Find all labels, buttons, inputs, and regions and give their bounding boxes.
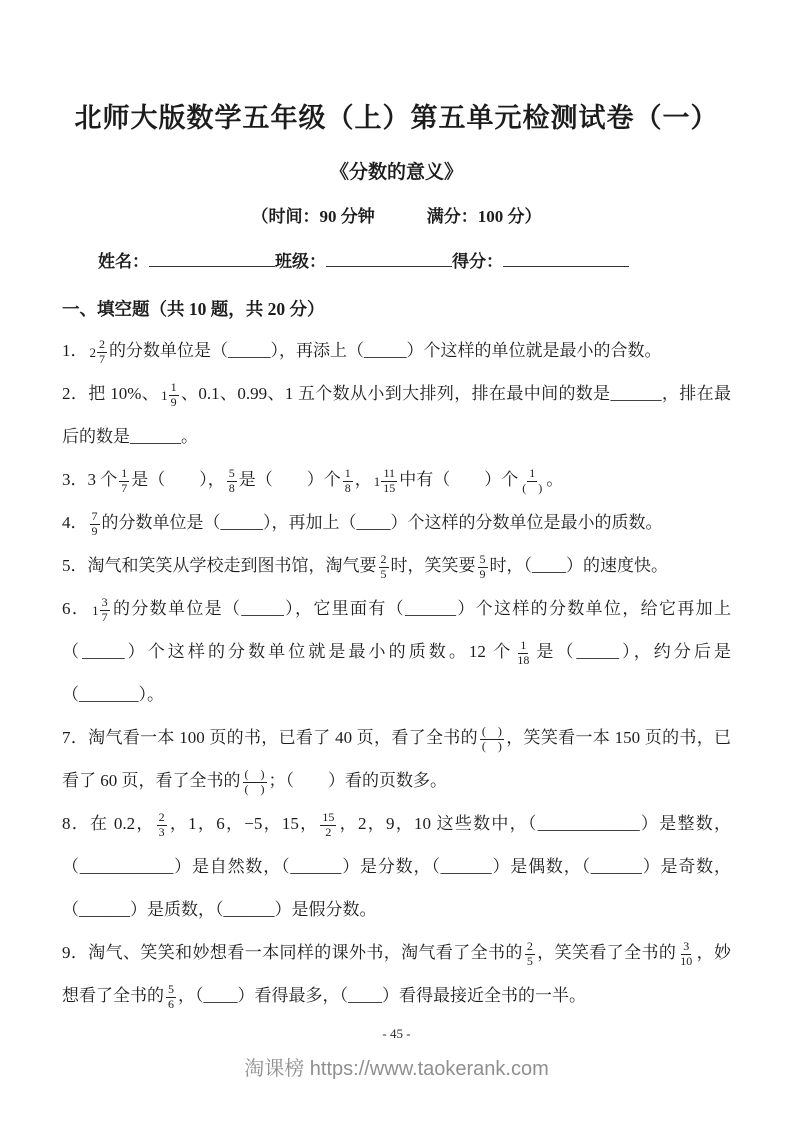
section-heading: 一、填空题（共 10 题，共 20 分） bbox=[62, 296, 731, 321]
page-title: 北师大版数学五年级（上）第五单元检测试卷（一） bbox=[62, 96, 731, 135]
fraction-numerator: 5 bbox=[166, 983, 176, 998]
fraction: 152 bbox=[320, 811, 336, 840]
fraction-stack: 18 bbox=[343, 467, 353, 496]
question-6: 6．137的分数单位是（_____），它里面有（______）个这样的分数单位，… bbox=[62, 587, 731, 716]
mixed-fraction: 119 bbox=[161, 381, 179, 410]
fraction: ( )( ) bbox=[480, 725, 504, 754]
fraction-whole-part: 1 bbox=[161, 389, 168, 402]
question-text: 4． bbox=[62, 513, 88, 532]
fraction-stack: 19 bbox=[169, 381, 179, 410]
fraction-denominator: 7 bbox=[97, 353, 107, 367]
score-label: 得分： bbox=[452, 252, 503, 271]
fraction: 18 bbox=[343, 467, 353, 496]
mixed-fraction: 11115 bbox=[374, 467, 398, 496]
fraction-numerator: ( ) bbox=[243, 768, 267, 783]
fraction: 56 bbox=[166, 983, 176, 1012]
fraction-numerator: 1 bbox=[169, 381, 179, 396]
fraction-whole-part: 2 bbox=[90, 346, 97, 359]
question-text: 的分数单位是（_____），再添上（_____）个这样的单位就是最小的合数。 bbox=[109, 341, 662, 360]
fraction-stack: 1( ) bbox=[520, 467, 544, 496]
fraction-stack: ( )( ) bbox=[243, 768, 267, 797]
fraction-stack: 23 bbox=[157, 811, 167, 840]
fraction-stack: 310 bbox=[678, 940, 694, 969]
question-5: 5．淘气和笑笑从学校走到图书馆，淘气要25时，笑笑要59时，（____）的速度快… bbox=[62, 544, 731, 587]
question-3: 3．3 个17是（ ），58是（ ）个18，11115中有（ ）个1( )。 bbox=[62, 458, 731, 501]
fraction: 1( ) bbox=[520, 467, 544, 496]
fraction-denominator: 2 bbox=[323, 826, 333, 840]
question-text: 8．在 0.2， bbox=[62, 814, 155, 833]
fraction-numerator: ( ) bbox=[480, 725, 504, 740]
fraction: 58 bbox=[227, 467, 237, 496]
fraction: 23 bbox=[157, 811, 167, 840]
question-text: 中有（ ）个 bbox=[399, 470, 518, 489]
question-4: 4．79的分数单位是（_____），再加上（____）个这样的分数单位是最小的质… bbox=[62, 501, 731, 544]
fraction-numerator: 1 bbox=[527, 467, 537, 482]
watermark-text: 淘课榜 https://www.taokerank.com bbox=[0, 1052, 793, 1081]
question-text: 是（ ）， bbox=[131, 470, 225, 489]
mixed-fraction: 137 bbox=[92, 596, 110, 625]
fraction-stack: 25 bbox=[525, 940, 535, 969]
fraction-stack: 17 bbox=[119, 467, 129, 496]
question-text: ，1，6，−5，15， bbox=[169, 814, 319, 833]
student-info-row: 姓名：班级：得分： bbox=[62, 247, 731, 272]
fraction-denominator: 7 bbox=[119, 482, 129, 496]
question-text: 是（ ）个 bbox=[239, 470, 341, 489]
name-label: 姓名： bbox=[98, 252, 149, 271]
name-blank bbox=[149, 249, 275, 267]
question-text: 2．把 10%、 bbox=[62, 384, 159, 403]
fraction-denominator: 5 bbox=[525, 955, 535, 969]
question-text: 时，（____）的速度快。 bbox=[490, 556, 669, 575]
fraction-denominator: 18 bbox=[515, 654, 531, 668]
fraction-denominator: 3 bbox=[157, 826, 167, 840]
fraction-denominator: 8 bbox=[343, 482, 353, 496]
question-text: 1． bbox=[62, 341, 88, 360]
fraction-stack: ( )( ) bbox=[480, 725, 504, 754]
question-7: 7．淘气看一本 100 页的书，已看了 40 页，看了全书的( )( )，笑笑看… bbox=[62, 716, 731, 802]
fraction: 79 bbox=[90, 510, 100, 539]
page-subtitle: 《分数的意义》 bbox=[62, 157, 731, 184]
fraction-denominator: 8 bbox=[227, 482, 237, 496]
fraction-whole-part: 1 bbox=[92, 604, 99, 617]
question-8: 8．在 0.2，23，1，6，−5，15，152，2，9，10 这些数中，（__… bbox=[62, 802, 731, 931]
fraction-numerator: 1 bbox=[119, 467, 129, 482]
fraction: 25 bbox=[525, 940, 535, 969]
fill-in-blank-questions: 1．227的分数单位是（_____），再添上（_____）个这样的单位就是最小的… bbox=[62, 329, 731, 1017]
test-paper-page: 北师大版数学五年级（上）第五单元检测试卷（一） 《分数的意义》 （时间：90 分… bbox=[0, 0, 793, 1122]
question-9: 9．淘气、笑笑和妙想看一本同样的课外书，淘气看了全书的25，笑笑看了全书的310… bbox=[62, 931, 731, 1017]
question-text: 5．淘气和笑笑从学校走到图书馆，淘气要 bbox=[62, 556, 377, 575]
fraction-numerator: 2 bbox=[525, 940, 535, 955]
fraction-stack: 152 bbox=[320, 811, 336, 840]
fraction: ( )( ) bbox=[243, 768, 267, 797]
exam-full-score: 满分：100 分） bbox=[427, 202, 542, 227]
fraction-denominator: ( ) bbox=[243, 783, 267, 797]
fraction-numerator: 1 bbox=[343, 467, 353, 482]
question-text: 9．淘气、笑笑和妙想看一本同样的课外书，淘气看了全书的 bbox=[62, 943, 523, 962]
fraction-denominator: 15 bbox=[381, 482, 397, 496]
class-label: 班级： bbox=[275, 252, 326, 271]
fraction-numerator: 3 bbox=[100, 596, 110, 611]
fraction-numerator: 1 bbox=[518, 639, 528, 654]
question-text: ，笑笑看了全书的 bbox=[537, 943, 676, 962]
fraction-denominator: 5 bbox=[379, 568, 389, 582]
fraction-numerator: 15 bbox=[320, 811, 336, 826]
fraction: 17 bbox=[119, 467, 129, 496]
fraction: 310 bbox=[678, 940, 694, 969]
mixed-fraction: 227 bbox=[90, 338, 108, 367]
question-2: 2．把 10%、119、0.1、0.99、1 五个数从小到大排列，排在最中间的数… bbox=[62, 372, 731, 458]
fraction-denominator: ( ) bbox=[520, 482, 544, 496]
fraction-stack: 27 bbox=[97, 338, 107, 367]
fraction-stack: 56 bbox=[166, 983, 176, 1012]
question-text: 。 bbox=[546, 470, 563, 489]
fraction-stack: 37 bbox=[100, 596, 110, 625]
class-blank bbox=[326, 249, 452, 267]
question-1: 1．227的分数单位是（_____），再添上（_____）个这样的单位就是最小的… bbox=[62, 329, 731, 372]
exam-meta: （时间：90 分钟 满分：100 分） bbox=[62, 202, 731, 227]
fraction: 118 bbox=[515, 639, 531, 668]
question-text: 6． bbox=[62, 599, 90, 618]
fraction-numerator: 11 bbox=[381, 467, 397, 482]
page-number: - 45 - bbox=[0, 1026, 793, 1042]
fraction-stack: 59 bbox=[478, 553, 488, 582]
fraction-numerator: 5 bbox=[227, 467, 237, 482]
fraction-numerator: 3 bbox=[681, 940, 691, 955]
fraction-stack: 79 bbox=[90, 510, 100, 539]
question-text: 的分数单位是（_____），再加上（____）个这样的分数单位是最小的质数。 bbox=[102, 513, 663, 532]
fraction-whole-part: 1 bbox=[374, 475, 381, 488]
fraction-numerator: 2 bbox=[379, 553, 389, 568]
fraction-denominator: 10 bbox=[678, 955, 694, 969]
fraction-stack: 1115 bbox=[381, 467, 397, 496]
fraction-numerator: 2 bbox=[97, 338, 107, 353]
question-text: ；（ ）看的页数多。 bbox=[269, 771, 448, 790]
fraction: 59 bbox=[478, 553, 488, 582]
fraction-stack: 58 bbox=[227, 467, 237, 496]
question-text: ， bbox=[355, 470, 372, 489]
question-text: 3．3 个 bbox=[62, 470, 117, 489]
fraction-numerator: 2 bbox=[157, 811, 167, 826]
fraction-denominator: 9 bbox=[169, 396, 179, 410]
fraction-denominator: 7 bbox=[100, 611, 110, 625]
question-text: ，（____）看得最多，（____）看得最接近全书的一半。 bbox=[178, 986, 586, 1005]
fraction-stack: 25 bbox=[379, 553, 389, 582]
fraction-denominator: ( ) bbox=[480, 740, 504, 754]
score-blank bbox=[503, 249, 629, 267]
fraction: 25 bbox=[379, 553, 389, 582]
fraction-denominator: 9 bbox=[478, 568, 488, 582]
exam-time: （时间：90 分钟 bbox=[252, 202, 375, 227]
fraction-numerator: 7 bbox=[90, 510, 100, 525]
question-text: 7．淘气看一本 100 页的书，已看了 40 页，看了全书的 bbox=[62, 728, 478, 747]
fraction-stack: 118 bbox=[515, 639, 531, 668]
fraction-numerator: 5 bbox=[478, 553, 488, 568]
question-text: 时，笑笑要 bbox=[391, 556, 476, 575]
fraction-denominator: 6 bbox=[166, 998, 176, 1012]
fraction-denominator: 9 bbox=[90, 525, 100, 539]
